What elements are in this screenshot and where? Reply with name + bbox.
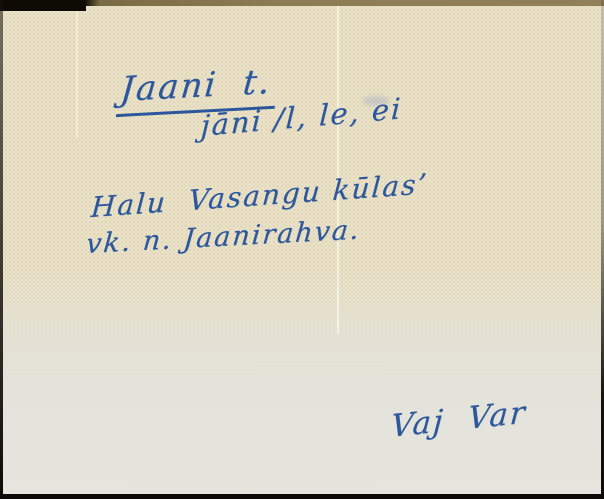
handwritten-line-4: vk. n. Jaanirahva. [85,216,362,258]
scan-edge-top-left-corner [0,0,86,11]
paper-grey-area [0,270,604,499]
paper-crease [337,4,339,334]
scan-edge-top [0,0,604,6]
scan-edge-left [0,0,3,499]
scanned-note-card: Jaani t. jāni /l, le, ei Halu Vasangu kū… [0,0,604,499]
scan-edge-bottom [0,494,604,499]
signature: Vaj Var [390,397,528,443]
handwritten-line-3: Halu Vasangu kūlas’ [90,170,429,222]
